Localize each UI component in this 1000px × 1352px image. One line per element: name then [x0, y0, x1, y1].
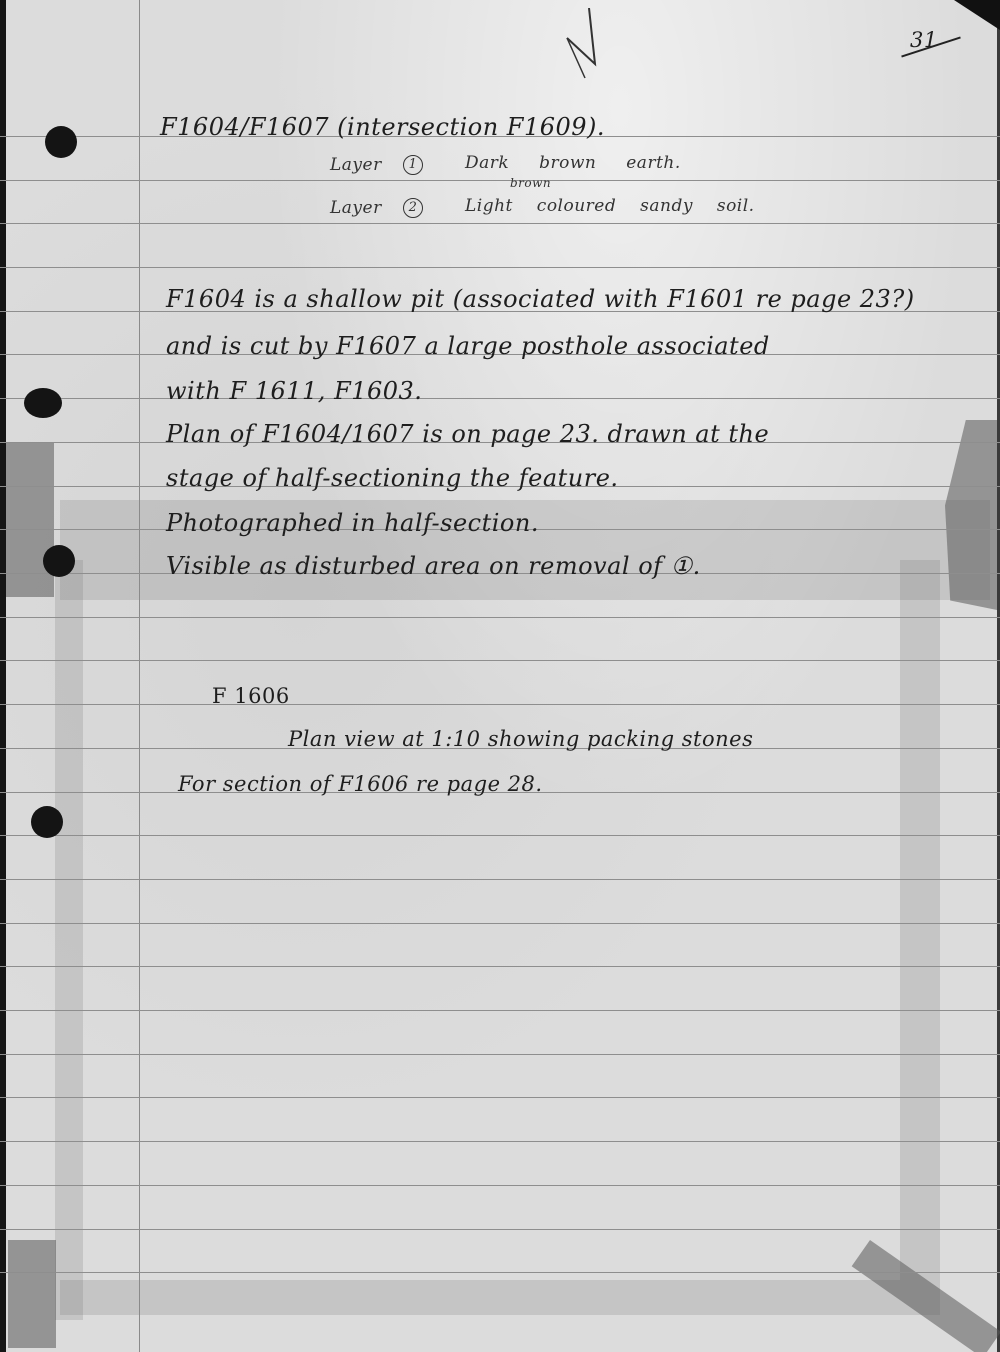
- layer-number-badge: 1: [403, 155, 423, 175]
- note-line: and is cut by F1607 a large posthole ass…: [166, 332, 770, 360]
- north-arrow-icon: [555, 8, 605, 80]
- ruled-line: [0, 966, 1000, 967]
- ruled-line: [0, 1010, 1000, 1011]
- ruled-line: [0, 398, 1000, 399]
- tape-stain-bottom: [60, 1280, 940, 1315]
- ruled-line: [0, 180, 1000, 181]
- layer-description: Light coloured sandy soil.: [465, 196, 755, 216]
- tape-stain-right-vertical: [900, 560, 940, 1280]
- layer-description: Dark brown earth.: [465, 153, 681, 173]
- ruled-line: [0, 1097, 1000, 1098]
- note-line: Plan view at 1:10 showing packing stones: [288, 727, 753, 751]
- note-line: with F 1611, F1603.: [166, 377, 422, 405]
- punch-hole-2: [24, 388, 62, 418]
- folded-corner: [954, 0, 1000, 30]
- ruled-line: [0, 923, 1000, 924]
- punch-hole-3: [43, 545, 75, 577]
- ruled-line: [0, 1272, 1000, 1273]
- margin-line: [139, 0, 140, 1352]
- notebook-page: 31 F1604/F1607 (intersection F1609). Lay…: [0, 0, 1000, 1352]
- ruled-line: [0, 1185, 1000, 1186]
- punch-hole-1: [45, 126, 77, 158]
- ruled-line: [0, 835, 1000, 836]
- note-line: F1604 is a shallow pit (associated with …: [166, 285, 915, 313]
- inserted-word: brown: [510, 176, 551, 190]
- ruled-line: [0, 879, 1000, 880]
- layer-number-badge: 2: [403, 198, 423, 218]
- layer-label: Layer: [330, 198, 382, 218]
- section-heading: F1604/F1607 (intersection F1609).: [160, 113, 605, 141]
- ruled-line: [0, 267, 1000, 268]
- note-line: Plan of F1604/1607 is on page 23. drawn …: [166, 420, 769, 448]
- tape-piece-right: [945, 420, 997, 610]
- ruled-line: [0, 1141, 1000, 1142]
- ruled-line: [0, 617, 1000, 618]
- ruled-line: [0, 704, 1000, 705]
- note-line: For section of F1606 re page 28.: [178, 772, 543, 796]
- note-line: Photographed in half-section.: [166, 509, 539, 537]
- ruled-line: [0, 1054, 1000, 1055]
- binding-edge: [0, 0, 6, 1352]
- tape-piece-bottom-left: [8, 1240, 56, 1348]
- note-line: stage of half-sectioning the feature.: [166, 464, 619, 492]
- section-heading: F 1606: [212, 684, 290, 708]
- note-line: Visible as disturbed area on removal of …: [166, 552, 701, 580]
- tape-stain-left-vertical: [55, 560, 83, 1320]
- layer-label: Layer: [330, 155, 382, 175]
- ruled-line: [0, 223, 1000, 224]
- ruled-line: [0, 660, 1000, 661]
- punch-hole-4: [31, 806, 63, 838]
- ruled-line: [0, 1229, 1000, 1230]
